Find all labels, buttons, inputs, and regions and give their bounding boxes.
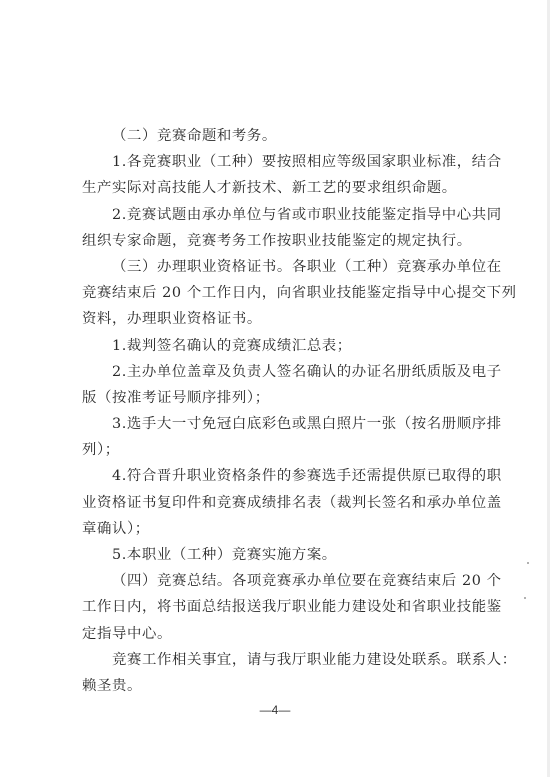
document-page: （二）竞赛命题和考务。 1.各竞赛职业（工种）要按照相应等级国家职业标准，结合 …: [0, 0, 550, 777]
paragraph-line: 章确认）；: [82, 516, 492, 542]
paragraph-line: 列）；: [82, 437, 492, 463]
section-heading-3: （三）办理职业资格证书。各职业（工种）竞赛承办单位在: [82, 254, 492, 280]
body-text: （二）竞赛命题和考务。 1.各竞赛职业（工种）要按照相应等级国家职业标准，结合 …: [82, 123, 492, 699]
page-number: —4—: [0, 703, 550, 717]
paragraph-line: 业资格证书复印件和竞赛成绩排名表（裁判长签名和承办单位盖: [82, 490, 492, 516]
list-item-4: 4.符合晋升职业资格条件的参赛选手还需提供原已取得的职: [82, 463, 492, 489]
paragraph-line: 2.竞赛试题由承办单位与省或市职业技能鉴定指导中心共同: [82, 202, 492, 228]
paragraph-line: 工作日内，将书面总结报送我厅职业能力建设处和省职业技能鉴: [82, 594, 492, 620]
paragraph-line: 组织专家命题，竞赛考务工作按职业技能鉴定的规定执行。: [82, 228, 492, 254]
scan-speck: [524, 597, 526, 599]
list-item-2: 2.主办单位盖章及负责人签名确认的办证名册纸质版及电子: [82, 359, 492, 385]
list-item-3: 3.选手大一寸免冠白底彩色或黑白照片一张（按名册顺序排: [82, 411, 492, 437]
list-item-5: 5.本职业（工种）竞赛实施方案。: [82, 542, 492, 568]
contact-name: 赖圣贵。: [82, 673, 492, 699]
paragraph-line: 定指导中心。: [82, 621, 492, 647]
paragraph-line: 版（按准考证号顺序排列）；: [82, 385, 492, 411]
contact-line: 竞赛工作相关事宜，请与我厅职业能力建设处联系。联系人：: [82, 647, 492, 673]
paragraph-line: 资料，办理职业资格证书。: [82, 306, 492, 332]
list-item-1: 1.裁判签名确认的竞赛成绩汇总表；: [82, 333, 492, 359]
scan-speck: [527, 562, 529, 564]
paragraph-line: 竞赛结束后 20 个工作日内，向省职业技能鉴定指导中心提交下列: [82, 280, 492, 306]
paragraph-line: 1.各竞赛职业（工种）要按照相应等级国家职业标准，结合: [82, 149, 492, 175]
section-heading-4: （四）竞赛总结。各项竞赛承办单位要在竞赛结束后 20 个: [82, 568, 492, 594]
paragraph-line: 生产实际对高技能人才新技术、新工艺的要求组织命题。: [82, 175, 492, 201]
section-heading-2: （二）竞赛命题和考务。: [82, 123, 492, 149]
